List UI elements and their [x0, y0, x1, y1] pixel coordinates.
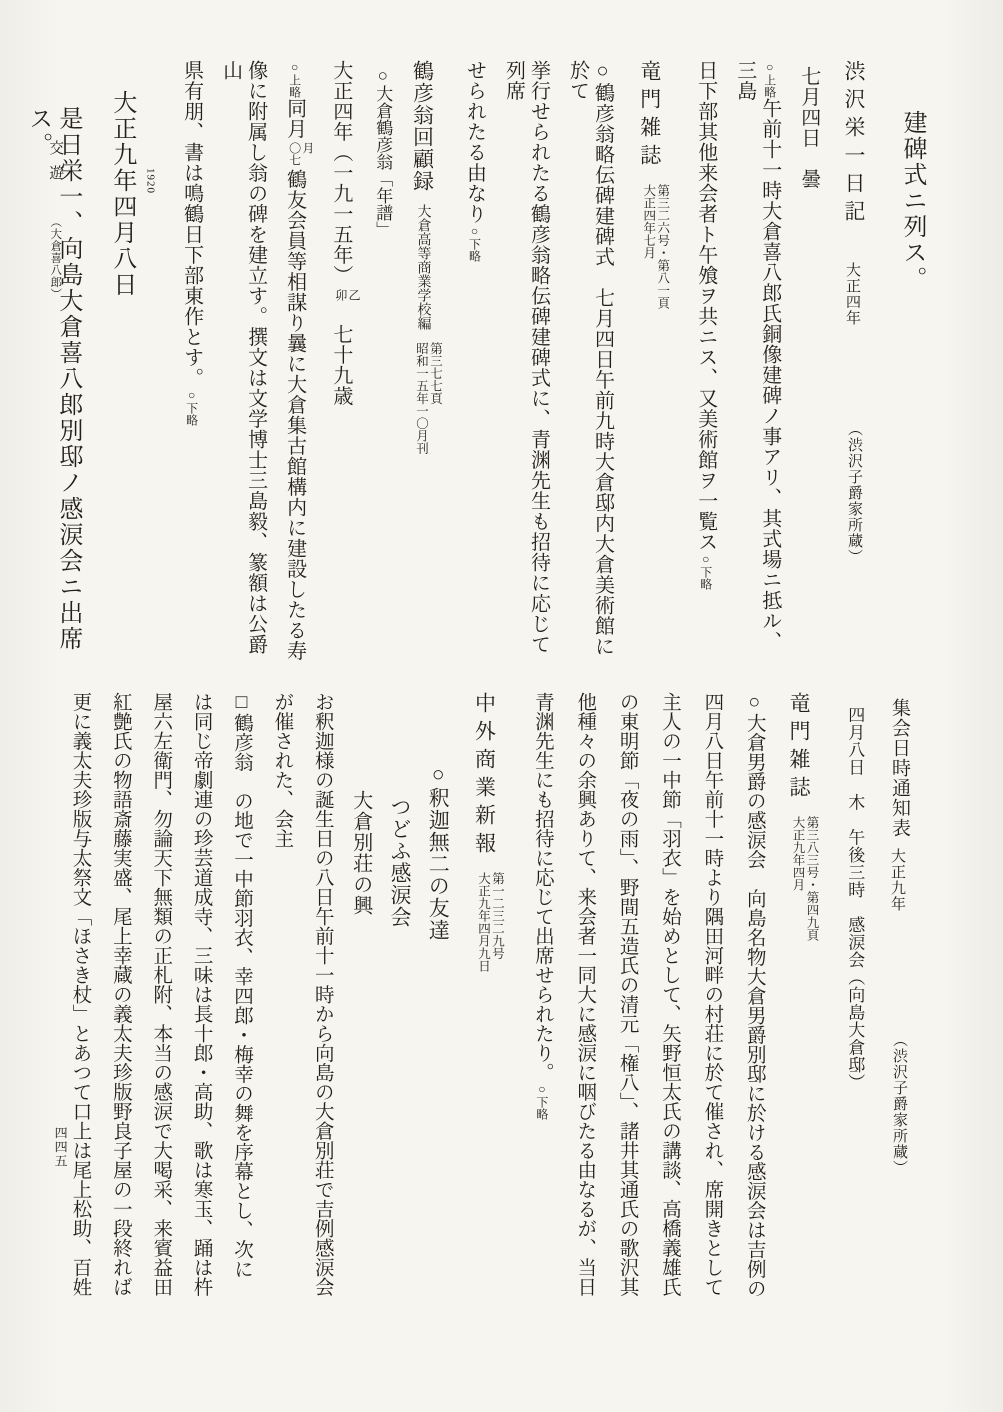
ryumon-body-line: 青渊先生にも招待に応じて出席せられたり。○下略 — [530, 692, 554, 1316]
kobun-summary: 是日栄一、向島大倉喜八郎別邸ノ感涙会ニ出席ス。 — [23, 60, 83, 664]
bottom-section: 集会日時通知表大正九年（渋沢子爵家所蔵） 四月八日 木 午後三時 感涙会（向島大… — [67, 692, 911, 1316]
source-title-text: 中外商業新報 — [473, 692, 497, 860]
era-note: 大正九年 — [887, 848, 906, 912]
ryumon-body-line: 挙行せられたる鶴彦翁略伝碑建碑式に、青渊先生も招待に応じて列席 — [501, 60, 551, 664]
shinpo-body-line: お釈迦様の誕生日の八日午前十一時から向島の大倉別荘で吉例感涙会 — [309, 692, 333, 1316]
source-title-text: 渋沢栄一日記 — [842, 60, 866, 228]
diary-body-line: ○上略午前十一時大倉喜八郎氏銅像建碑ノ事アリ、其式場ニ抵ル、三島 — [732, 60, 782, 664]
newspaper-subhead: 大倉別荘の興 — [348, 692, 373, 1316]
nenpu-body-line: ○上略同月月 〇七鶴友会員等相謀り曩に大倉集古館構内に建設したる寿 — [282, 60, 314, 664]
top-section: 建碑式ニ列ス。 渋沢栄一日記大正四年（渋沢子爵家所蔵） 七月四日 曇 ○上略午前… — [23, 60, 927, 664]
newspaper-headline-2: つどふ感涙会 — [387, 692, 413, 1316]
ryumon-body-line: せられたる由なり○下略 — [462, 60, 487, 664]
nenpu-subhead: ○大倉鶴彦翁「年譜」 — [372, 60, 393, 664]
biblio-note: 第三二六号・第八一頁 大正四年七月 — [642, 184, 670, 309]
nenpu-body-line: 県有朋、書は鳴鶴日下部東作とす。○下略 — [179, 60, 204, 664]
diary-entry-date: 七月四日 曇 — [796, 60, 821, 664]
era-note: 大正四年 — [842, 262, 861, 326]
ryumon-line-text: 青渊先生にも招待に応じて出席せられたり。 — [532, 692, 553, 1082]
ryumon-body-line: 他種々の余興ありて、来会者一同大に感涙に咽びたる由なるが、当日 — [572, 692, 596, 1316]
eto-warichu: 乙 卯 — [334, 289, 360, 301]
attribution-note: （渋沢子爵家所蔵） — [844, 421, 863, 565]
book-page: 交遊 （大倉喜八郎） 建碑式ニ列ス。 渋沢栄一日記大正四年（渋沢子爵家所蔵） 七… — [0, 0, 1003, 1412]
biblio-note: 第一二三二九号 大正九年四月九日 — [477, 872, 505, 972]
shinpo-body-line: 屋六左衛門、勿論天下無類の正札附、本当の感涙で大喝采、来賓益田 — [148, 692, 172, 1316]
nenpu-year-line: 大正四年（一九一五年）乙 卯 七十九歳 — [328, 60, 360, 664]
tsuchihyo-entry: 四月八日 木 午後三時 感涙会（向島大倉邸） — [844, 692, 865, 1316]
source-title-text: 鶴彦翁回顧録 — [411, 60, 435, 192]
diary-body-line: 日下部其他来会者ト午飧ヲ共ニス、又美術館ヲ一覧ス○下略 — [693, 60, 718, 664]
omission-end-note: ○下略 — [699, 552, 713, 590]
omission-end-note: ○下略 — [185, 388, 199, 426]
western-year-note: 1920 — [143, 60, 157, 664]
source-title-text: 竜門雑誌 — [638, 60, 662, 172]
date-warichu: 月 〇七 — [287, 142, 313, 166]
ryumon-body-line: ○鶴彦翁略伝碑建碑式 七月四日午前九時大倉邸内大倉美術館に於て — [565, 60, 615, 664]
nenpu-body-line: 像に附属し翁の碑を建立す。撰文は文学博士三島毅、篆額は公爵山 — [218, 60, 268, 664]
shinpo-body-line: □鶴彦翁 の地で一中節羽衣、幸四郎・梅幸の舞を序幕とし、次に — [229, 692, 253, 1316]
page-number: 四四五 — [52, 1126, 68, 1168]
ryumon-body-line: ○大倉男爵の感涙会 向島名物大倉男爵別邸に於ける感涙会は吉例の — [741, 692, 765, 1316]
newspaper-headline: ○釈迦無二の友達 — [425, 692, 451, 1316]
source-title-text: 集会日時通知表 — [889, 698, 910, 838]
age-text: 七十九歳 — [330, 304, 352, 407]
omission-start-note: ○上略 — [763, 60, 777, 98]
source-title-kaikoroku: 鶴彦翁回顧録大倉高等商業学校編第三七七頁 昭和一五年一〇月刊 — [409, 60, 443, 664]
biblio-note: 第三八三号・第四九頁 大正九年四月 — [791, 816, 819, 941]
ryumon-body-line: の東明節「夜の雨」、野間五造氏の清元「権八」、諸井其通氏の歌沢其 — [614, 692, 638, 1316]
shinpo-body-line: が催された、会主 — [269, 692, 293, 1316]
source-title-ryumon-zasshi: 竜門雑誌第三二六号・第八一頁 大正四年七月 — [637, 60, 671, 664]
shinpo-body-line: 紅艶氏の物語斎藤実盛、尾上幸蔵の義太夫珍版野良子屋の一段終れば — [108, 692, 132, 1316]
nenpu-line-text: 鶴友会員等相謀り曩に大倉集古館構内に建設したる寿 — [284, 169, 306, 661]
source-title-chugai-shinpo: 中外商業新報第一二三二九号 大正九年四月九日 — [471, 692, 505, 1316]
kobun-date: 大正九年四月八日 — [107, 60, 137, 664]
omission-end-note: ○下略 — [535, 1082, 549, 1120]
ryumon-line-text: せられたる由なり — [464, 60, 486, 224]
omission-start-note: ○上略 — [288, 60, 302, 98]
nenpu-entry-head: 同月 — [284, 98, 306, 139]
attribution-note: （渋沢子爵家所蔵） — [889, 1032, 908, 1176]
ryumon-body-line: 主人の一中節「羽衣」を始めとして、矢野恒太氏の講談、高橋義雄氏 — [657, 692, 681, 1316]
diary-line-text: 午前十一時大倉喜八郎氏銅像建碑ノ事アリ、其式場ニ抵ル、三島 — [734, 60, 781, 652]
shinpo-body-line: は同じ帝劇連の珍芸道成寺、三味は長十郎・高助、歌は寒玉、踊は杵 — [188, 692, 212, 1316]
source-title-shibusawa-diary: 渋沢栄一日記大正四年（渋沢子爵家所蔵） — [841, 60, 867, 664]
source-title-ryumon-zasshi: 竜門雑誌第三八三号・第四九頁 大正九年四月 — [786, 692, 820, 1316]
source-title-text: 竜門雑誌 — [787, 692, 811, 804]
year-text: 大正四年（一九一五年） — [330, 60, 352, 286]
diary-line-text: 日下部其他来会者ト午飧ヲ共ニス、又美術館ヲ一覧ス — [695, 60, 717, 552]
editor-note: 大倉高等商業学校編 — [414, 204, 432, 330]
omission-end-note: ○下略 — [468, 224, 482, 262]
ryumon-body-line: 四月八日午前十一時より隅田河畔の村荘に於て催され、席開きとして — [699, 692, 723, 1316]
source-title-tsuchihyo: 集会日時通知表大正九年（渋沢子爵家所蔵） — [887, 692, 911, 1316]
kobun-summary-tail: 建碑式ニ列ス。 — [897, 60, 927, 664]
shinpo-body-line: 更に義太夫珍版与太祭文「ほさき杖」とあつて口上は尾上松助、百姓 — [67, 692, 91, 1316]
nenpu-line-text: 県有朋、書は鳴鶴日下部東作とす。 — [181, 60, 203, 388]
biblio-note: 第三七七頁 昭和一五年一〇月刊 — [415, 342, 443, 455]
